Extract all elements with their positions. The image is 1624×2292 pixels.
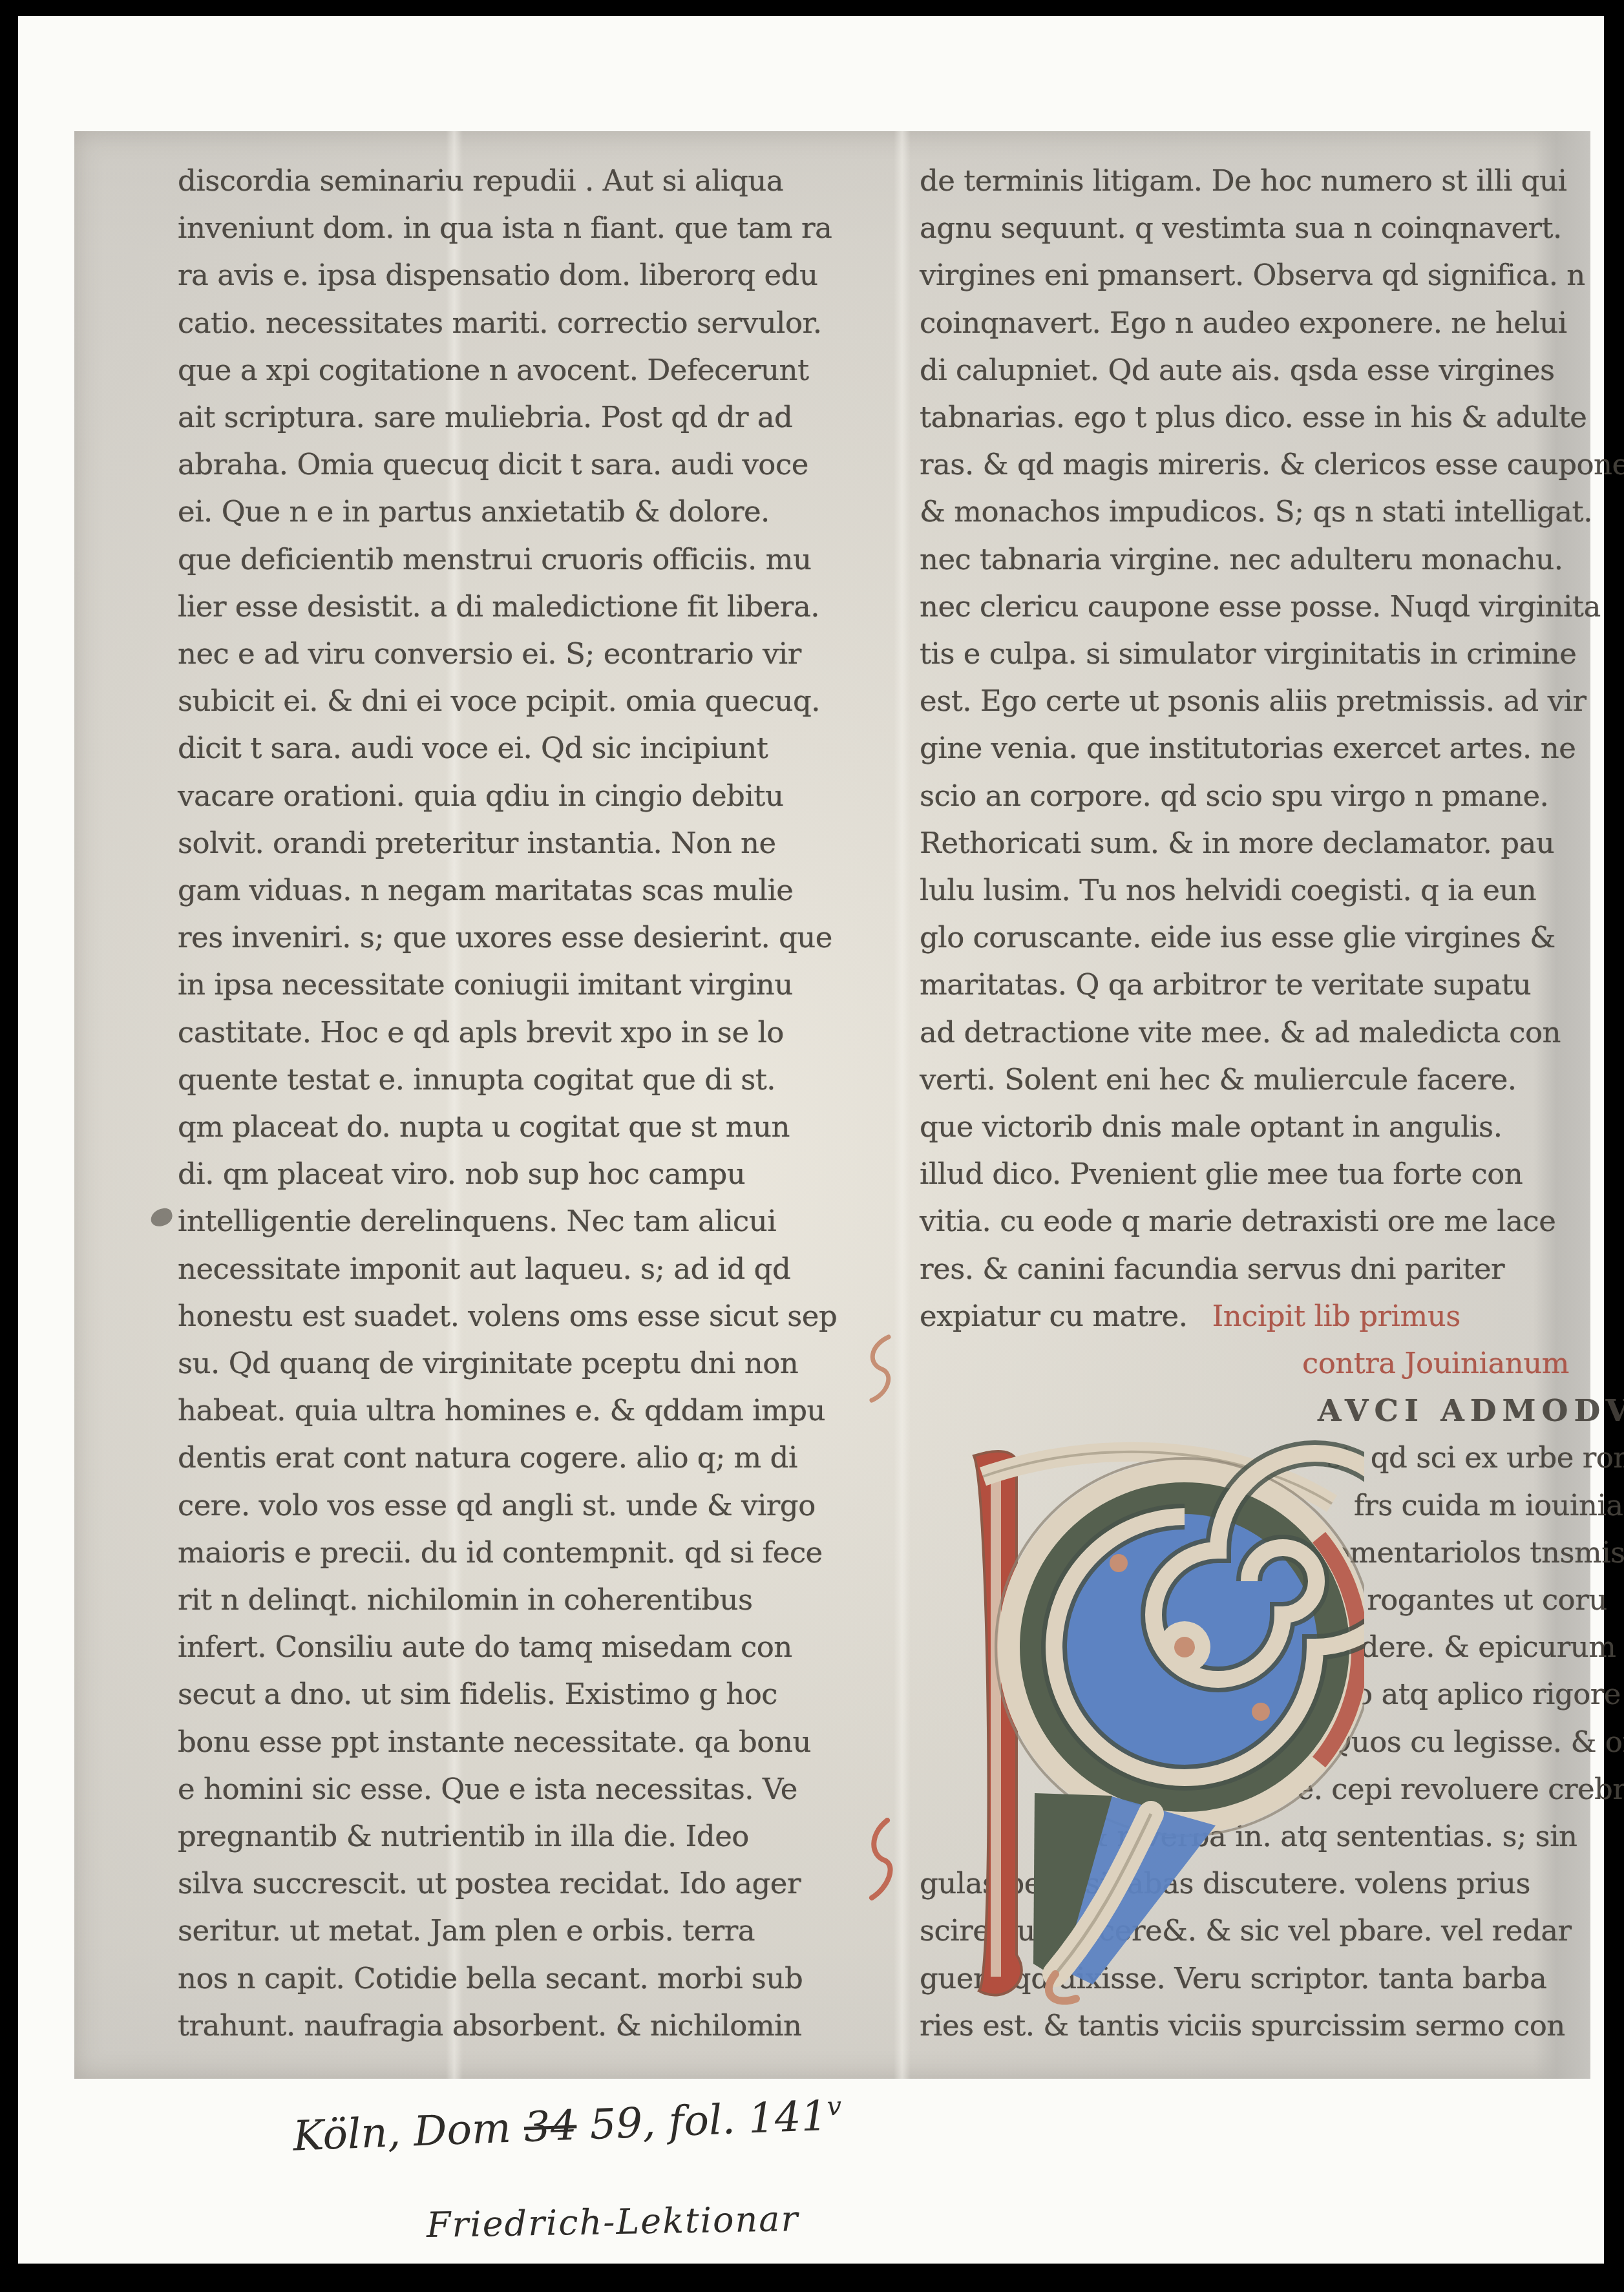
text-line: vitia. cu eode q marie detraxisti ore me… (920, 1204, 1555, 1251)
text-line: habeat. quia ultra homines e. & qddam im… (178, 1393, 825, 1440)
text-line: nec clericu caupone esse posse. Nuqd vir… (920, 589, 1601, 636)
text-line: inveniunt dom. in qua ista n fiant. que … (178, 211, 832, 258)
text-line: castitate. Hoc e qd apls brevit xpo in s… (178, 1015, 784, 1062)
text-line: nec e ad viru conversio ei. S; econtrari… (178, 636, 801, 684)
marginal-flourish (864, 1818, 896, 1902)
text-line: vacare orationi. quia qdiu in cingio deb… (178, 779, 783, 826)
shelfmark-struck-number: 34 (523, 2102, 578, 2152)
text-line: necessitate imponit aut laqueu. s; ad id… (178, 1252, 790, 1299)
text-line: glo coruscante. eide ius esse glie virgi… (920, 920, 1555, 967)
text-line: rt. rogantes ut coru (1324, 1582, 1607, 1630)
text-line: seritur. ut metat. Jam plen e orbis. ter… (178, 1913, 755, 1961)
text-line: ad detractione vite mee. & ad maledicta … (920, 1015, 1561, 1062)
scanner-paper-background: discordia seminariu repudii . Aut si ali… (18, 16, 1604, 2264)
text-line: qm placeat do. nupta u cogitat que st mu… (178, 1109, 790, 1157)
illuminated-initial-P (957, 1434, 1364, 2019)
text-line: nos n capit. Cotidie bella secant. morbi… (178, 1961, 803, 2008)
text-line: coinqnavert. Ego n audeo exponere. ne he… (920, 306, 1567, 353)
text-line: e homini sic esse. Que e ista necessitas… (178, 1772, 797, 1819)
shelfmark-folio: , fol. 141 (642, 2092, 828, 2147)
shelfmark-note: Köln, Dom 34 59, fol. 141v (292, 2092, 843, 2161)
text-line: scio an corpore. qd scio spu virgo n pma… (920, 779, 1548, 826)
text-line: solvit. orandi preteritur instantia. Non… (178, 826, 776, 873)
library-label-note: Friedrich-Lektionar (426, 2198, 799, 2245)
text-line: in ipsa necessitate coniugii imitant vir… (178, 967, 793, 1015)
parchment-page: discordia seminariu repudii . Aut si ali… (74, 131, 1590, 2079)
text-line: & monachos impudicos. S; qs n stati inte… (920, 494, 1592, 541)
text-line: Rethoricati sum. & in more declamator. p… (920, 826, 1554, 873)
text-line: lulu lusim. Tu nos helvidi coegisti. q i… (920, 873, 1536, 920)
text-line: infert. Consiliu aute do tamq misedam co… (178, 1630, 792, 1677)
text-line: rit n delinqt. nichilomin in coherentibu… (178, 1582, 753, 1630)
text-line: ra avis e. ipsa dispensatio dom. liberor… (178, 258, 817, 305)
ink-blot (149, 1206, 174, 1228)
text-line: agnu sequunt. q vestimta sua n coinqnave… (920, 211, 1562, 258)
text-line: de terminis litigam. De hoc numero st il… (920, 163, 1566, 211)
text-line: que deficientib menstrui cruoris officii… (178, 542, 811, 589)
text-line: dentis erat cont natura cogere. alio q; … (178, 1440, 797, 1488)
left-column: discordia seminariu repudii . Aut si ali… (178, 163, 885, 2063)
text-line: lier esse desistit. a di maledictione fi… (178, 589, 819, 636)
text-line: maritatas. Q qa arbitror te veritate sup… (920, 967, 1531, 1015)
marginal-flourish (863, 1333, 895, 1404)
text-line: gine venia. que institutorias exercet ar… (920, 731, 1576, 778)
text-line: que victorib dnis male optant in angulis… (920, 1109, 1502, 1157)
text-line: st. qd sci ex urbe roma (1327, 1440, 1624, 1488)
text-line: frs cuida m iouiniam (1354, 1488, 1624, 1535)
text-line: pregnantib & nutrientib in illa die. Ide… (178, 1819, 749, 1866)
text-line: ait scriptura. sare muliebria. Post qd d… (178, 400, 792, 447)
shelfmark-inserted-number: 59 (589, 2099, 643, 2149)
text-line: res inveniri. s; que uxores esse desieri… (178, 920, 832, 967)
rubric-incipit: Incipit lib primus (1212, 1299, 1460, 1333)
text-line: ras. & qd magis mireris. & clericos esse… (920, 447, 1624, 494)
text-line: silva succrescit. ut postea recidat. Ido… (178, 1866, 801, 1913)
text-line: est. Ego certe ut psonis aliis pretmissi… (920, 684, 1587, 731)
scan-timestamp: 27-10-2013 22:4091068801-12-2013 22:19 (1618, 960, 1624, 1580)
text-line: secut a dno. ut sim fidelis. Existimo g … (178, 1677, 777, 1724)
text-line: di. qm placeat viro. nob sup hoc campu (178, 1157, 745, 1204)
text-line: maioris e precii. du id contempnit. qd s… (178, 1535, 823, 1582)
text-line: tabnarias. ego t plus dico. esse in his … (920, 400, 1587, 447)
text-line: virgines eni pmansert. Observa qd signif… (920, 258, 1585, 305)
text-line: cere. volo vos esse qd angli st. unde & … (178, 1488, 816, 1535)
text-line: catio. necessitates mariti. correctio se… (178, 306, 821, 353)
text-line: trahunt. naufragia absorbent. & nichilom… (178, 2008, 801, 2055)
text-line: abraha. Omia quecuq dicit t sara. audi v… (178, 447, 808, 494)
text-line: gam viduas. n negam maritatas scas mulie (178, 873, 793, 920)
text-line: tis e culpa. si simulator virginitatis i… (920, 636, 1576, 684)
text-line: verti. Solent eni hec & muliercule facer… (920, 1062, 1517, 1109)
text-line: subicit ei. & dni ei voce pcipit. omia q… (178, 684, 820, 731)
text-line: que a xpi cogitatione n avocent. Defecer… (178, 353, 809, 400)
shelfmark-folio-side: v (827, 2092, 842, 2122)
text-line: su. Qd quanq de virginitate pceptu dni n… (178, 1346, 798, 1393)
shelfmark-prefix: Köln, Dom (292, 2104, 525, 2161)
text-line: di calupniet. Qd aute ais. qsda esse vir… (920, 353, 1555, 400)
text-line: res. & canini facundia servus dni parite… (920, 1252, 1504, 1299)
text-line: nec tabnaria virgine. nec adulteru monac… (920, 542, 1563, 589)
text-line: quente testat e. innupta cogitat que di … (178, 1062, 775, 1109)
text-line: expiatur cu matre.Incipit lib primus (920, 1299, 1461, 1346)
text-line: bonu esse ppt instante necessitate. qa b… (178, 1725, 811, 1772)
text-line: honestu est suadet. volens oms esse sicu… (178, 1299, 837, 1346)
scan-frame: discordia seminariu repudii . Aut si ali… (0, 0, 1624, 2292)
text-line: ei. Que n e in partus anxietatib & dolor… (178, 494, 770, 541)
text-line: contra Jouinianum (1302, 1346, 1569, 1393)
text-line: illud dico. Pvenient glie mee tua forte … (920, 1157, 1523, 1204)
text-line: dicit t sara. audi voce ei. Qd sic incip… (178, 731, 768, 778)
text-line: intelligentie derelinquens. Nec tam alic… (178, 1204, 776, 1251)
gutter-crease (894, 131, 911, 2079)
text-line: discordia seminariu repudii . Aut si ali… (178, 163, 783, 211)
